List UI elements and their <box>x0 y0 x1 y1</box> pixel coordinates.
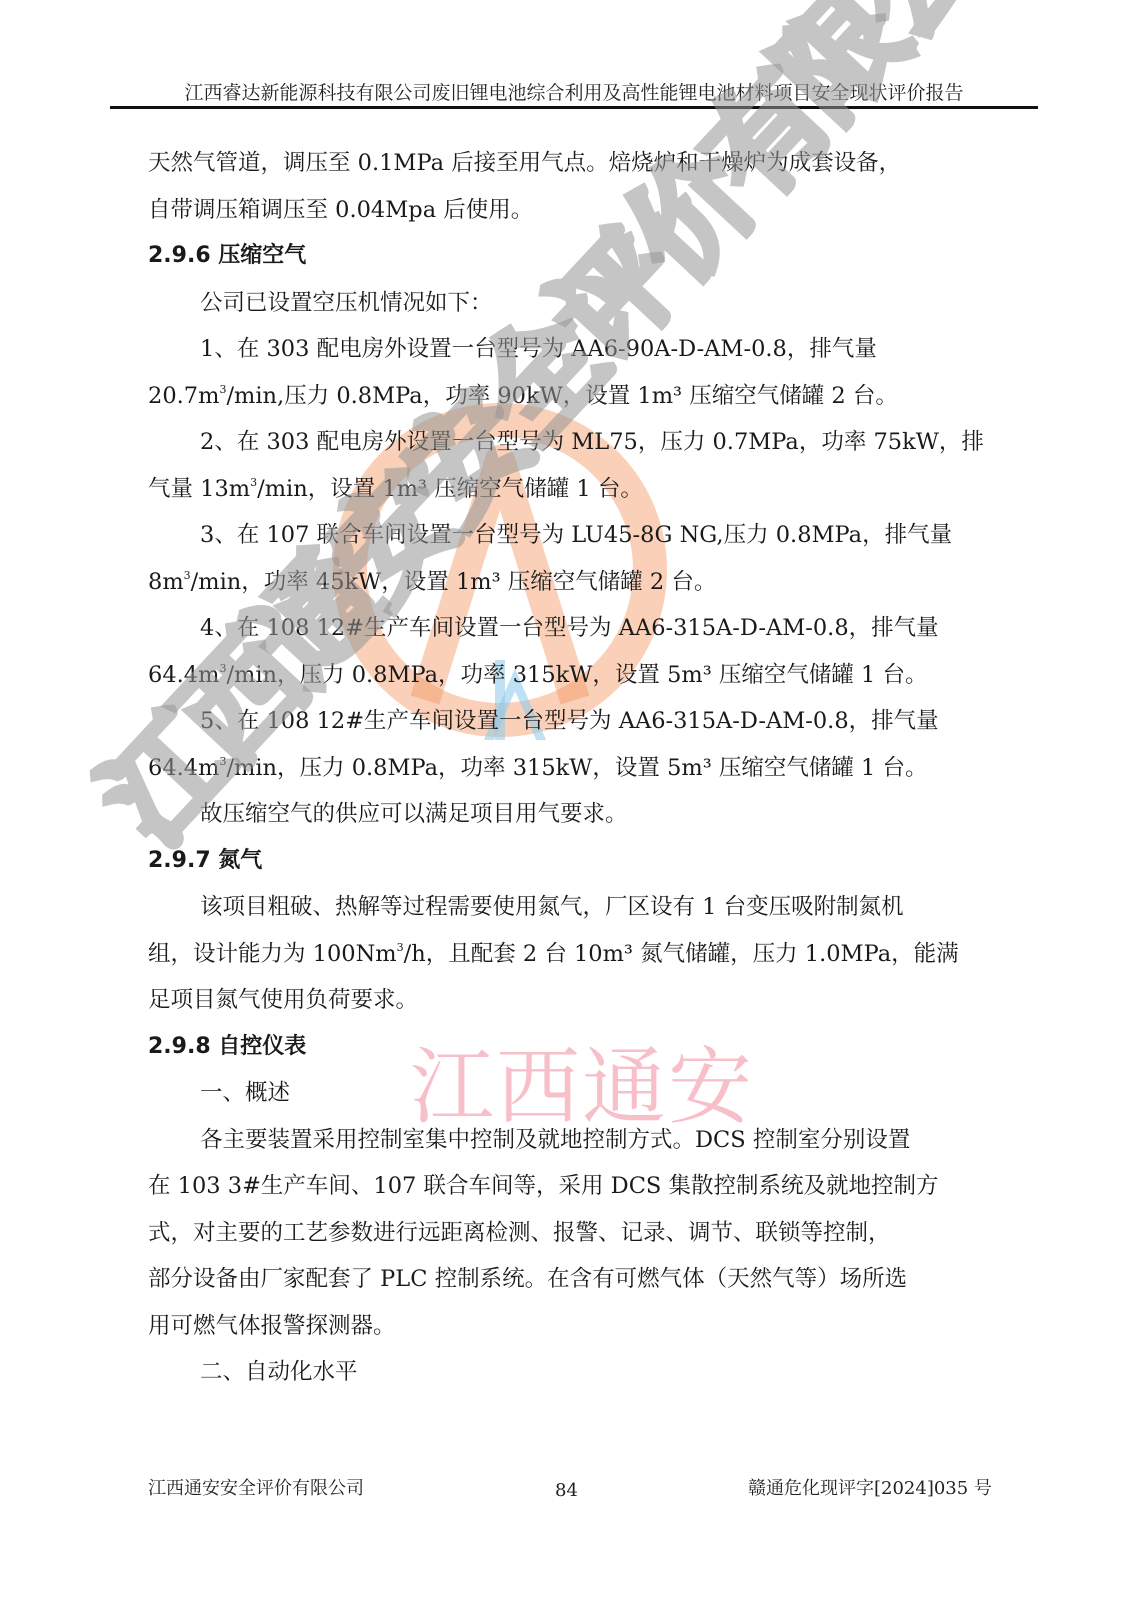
text-segment: 8m <box>148 569 184 595</box>
text-segment: 20.7m <box>148 383 219 409</box>
list-item-line: 64.4m3/min，压力 0.8MPa，功率 315kW，设置 5m³ 压缩空… <box>148 652 1008 699</box>
document-body: 天然气管道，调压至 0.1MPa 后接至用气点。焙烧炉和干燥炉为成套设备， 自带… <box>148 140 1008 1396</box>
page-number: 84 <box>555 1480 578 1501</box>
text-segment: /h，且配套 2 台 10m³ 氮气储罐，压力 1.0MPa，能满 <box>404 941 959 967</box>
report-header-title: 江西睿达新能源科技有限公司废旧锂电池综合利用及高性能锂电池材料项目安全现状评价报… <box>112 78 1036 105</box>
section-heading-2-9-6: 2.9.6 压缩空气 <box>148 233 1008 280</box>
text-segment: 64.4m <box>148 662 219 688</box>
section-heading-2-9-7: 2.9.7 氮气 <box>148 838 1008 885</box>
text-segment: 气量 13m <box>148 476 250 502</box>
paragraph-line: 天然气管道，调压至 0.1MPa 后接至用气点。焙烧炉和干燥炉为成套设备， <box>148 140 1008 187</box>
text-segment: /min，压力 0.8MPa，功率 315kW，设置 5m³ 压缩空气储罐 1 … <box>226 662 927 688</box>
text-segment: /min，设置 1m³ 压缩空气储罐 1 台。 <box>257 476 643 502</box>
document-page: 江西通安 江西睿达新能源科技有限公司废旧锂电池综合利用及高性能锂电池材料项目安全… <box>0 0 1131 1600</box>
paragraph-line: 用可燃气体报警探测器。 <box>148 1303 1008 1350</box>
subheading-overview: 一、概述 <box>148 1070 1008 1117</box>
list-item-line: 64.4m3/min，压力 0.8MPa，功率 315kW，设置 5m³ 压缩空… <box>148 745 1008 792</box>
list-item-line: 20.7m3/min,压力 0.8MPa，功率 90kW，设置 1m³ 压缩空气… <box>148 373 1008 420</box>
paragraph-line: 部分设备由厂家配套了 PLC 控制系统。在含有可燃气体（天然气等）场所选 <box>148 1256 1008 1303</box>
header-divider <box>110 106 1038 109</box>
list-item-line: 4、在 108 12#生产车间设置一台型号为 AA6-315A-D-AM-0.8… <box>148 605 1008 652</box>
paragraph-line: 在 103 3#生产车间、107 联合车间等，采用 DCS 集散控制系统及就地控… <box>148 1163 1008 1210</box>
text-segment: /min，压力 0.8MPa，功率 315kW，设置 5m³ 压缩空气储罐 1 … <box>226 755 927 781</box>
text-segment: 64.4m <box>148 755 219 781</box>
text-segment: /min，功率 45kW，设置 1m³ 压缩空气储罐 2 台。 <box>191 569 717 595</box>
subheading-automation-level: 二、自动化水平 <box>148 1349 1008 1396</box>
list-item-line: 气量 13m3/min，设置 1m³ 压缩空气储罐 1 台。 <box>148 466 1008 513</box>
superscript: 3 <box>184 569 191 582</box>
section-heading-2-9-8: 2.9.8 自控仪表 <box>148 1024 1008 1071</box>
paragraph-line: 自带调压箱调压至 0.04Mpa 后使用。 <box>148 187 1008 234</box>
footer-company: 江西通安安全评价有限公司 <box>148 1474 364 1500</box>
paragraph-line: 足项目氮气使用负荷要求。 <box>148 977 1008 1024</box>
paragraph-line: 公司已设置空压机情况如下： <box>148 280 1008 327</box>
footer-doc-number: 赣通危化现评字[2024]035 号 <box>748 1474 992 1500</box>
paragraph-line: 各主要装置采用控制室集中控制及就地控制方式。DCS 控制室分别设置 <box>148 1117 1008 1164</box>
list-item-line: 8m3/min，功率 45kW，设置 1m³ 压缩空气储罐 2 台。 <box>148 559 1008 606</box>
paragraph-line: 故压缩空气的供应可以满足项目用气要求。 <box>148 791 1008 838</box>
paragraph-line: 组，设计能力为 100Nm3/h，且配套 2 台 10m³ 氮气储罐，压力 1.… <box>148 931 1008 978</box>
text-segment: /min,压力 0.8MPa，功率 90kW，设置 1m³ 压缩空气储罐 2 台… <box>226 383 897 409</box>
text-segment: 组，设计能力为 100Nm <box>148 941 397 967</box>
paragraph-line: 式，对主要的工艺参数进行远距离检测、报警、记录、调节、联锁等控制， <box>148 1210 1008 1257</box>
list-item-line: 3、在 107 联合车间设置一台型号为 LU45-8G NG,压力 0.8MPa… <box>148 512 1008 559</box>
superscript: 3 <box>397 941 404 954</box>
list-item-line: 1、在 303 配电房外设置一台型号为 AA6-90A-D-AM-0.8，排气量 <box>148 326 1008 373</box>
list-item-line: 2、在 303 配电房外设置一台型号为 ML75，压力 0.7MPa，功率 75… <box>148 419 1008 466</box>
list-item-line: 5、在 108 12#生产车间设置一台型号为 AA6-315A-D-AM-0.8… <box>148 698 1008 745</box>
paragraph-line: 该项目粗破、热解等过程需要使用氮气，厂区设有 1 台变压吸附制氮机 <box>148 884 1008 931</box>
